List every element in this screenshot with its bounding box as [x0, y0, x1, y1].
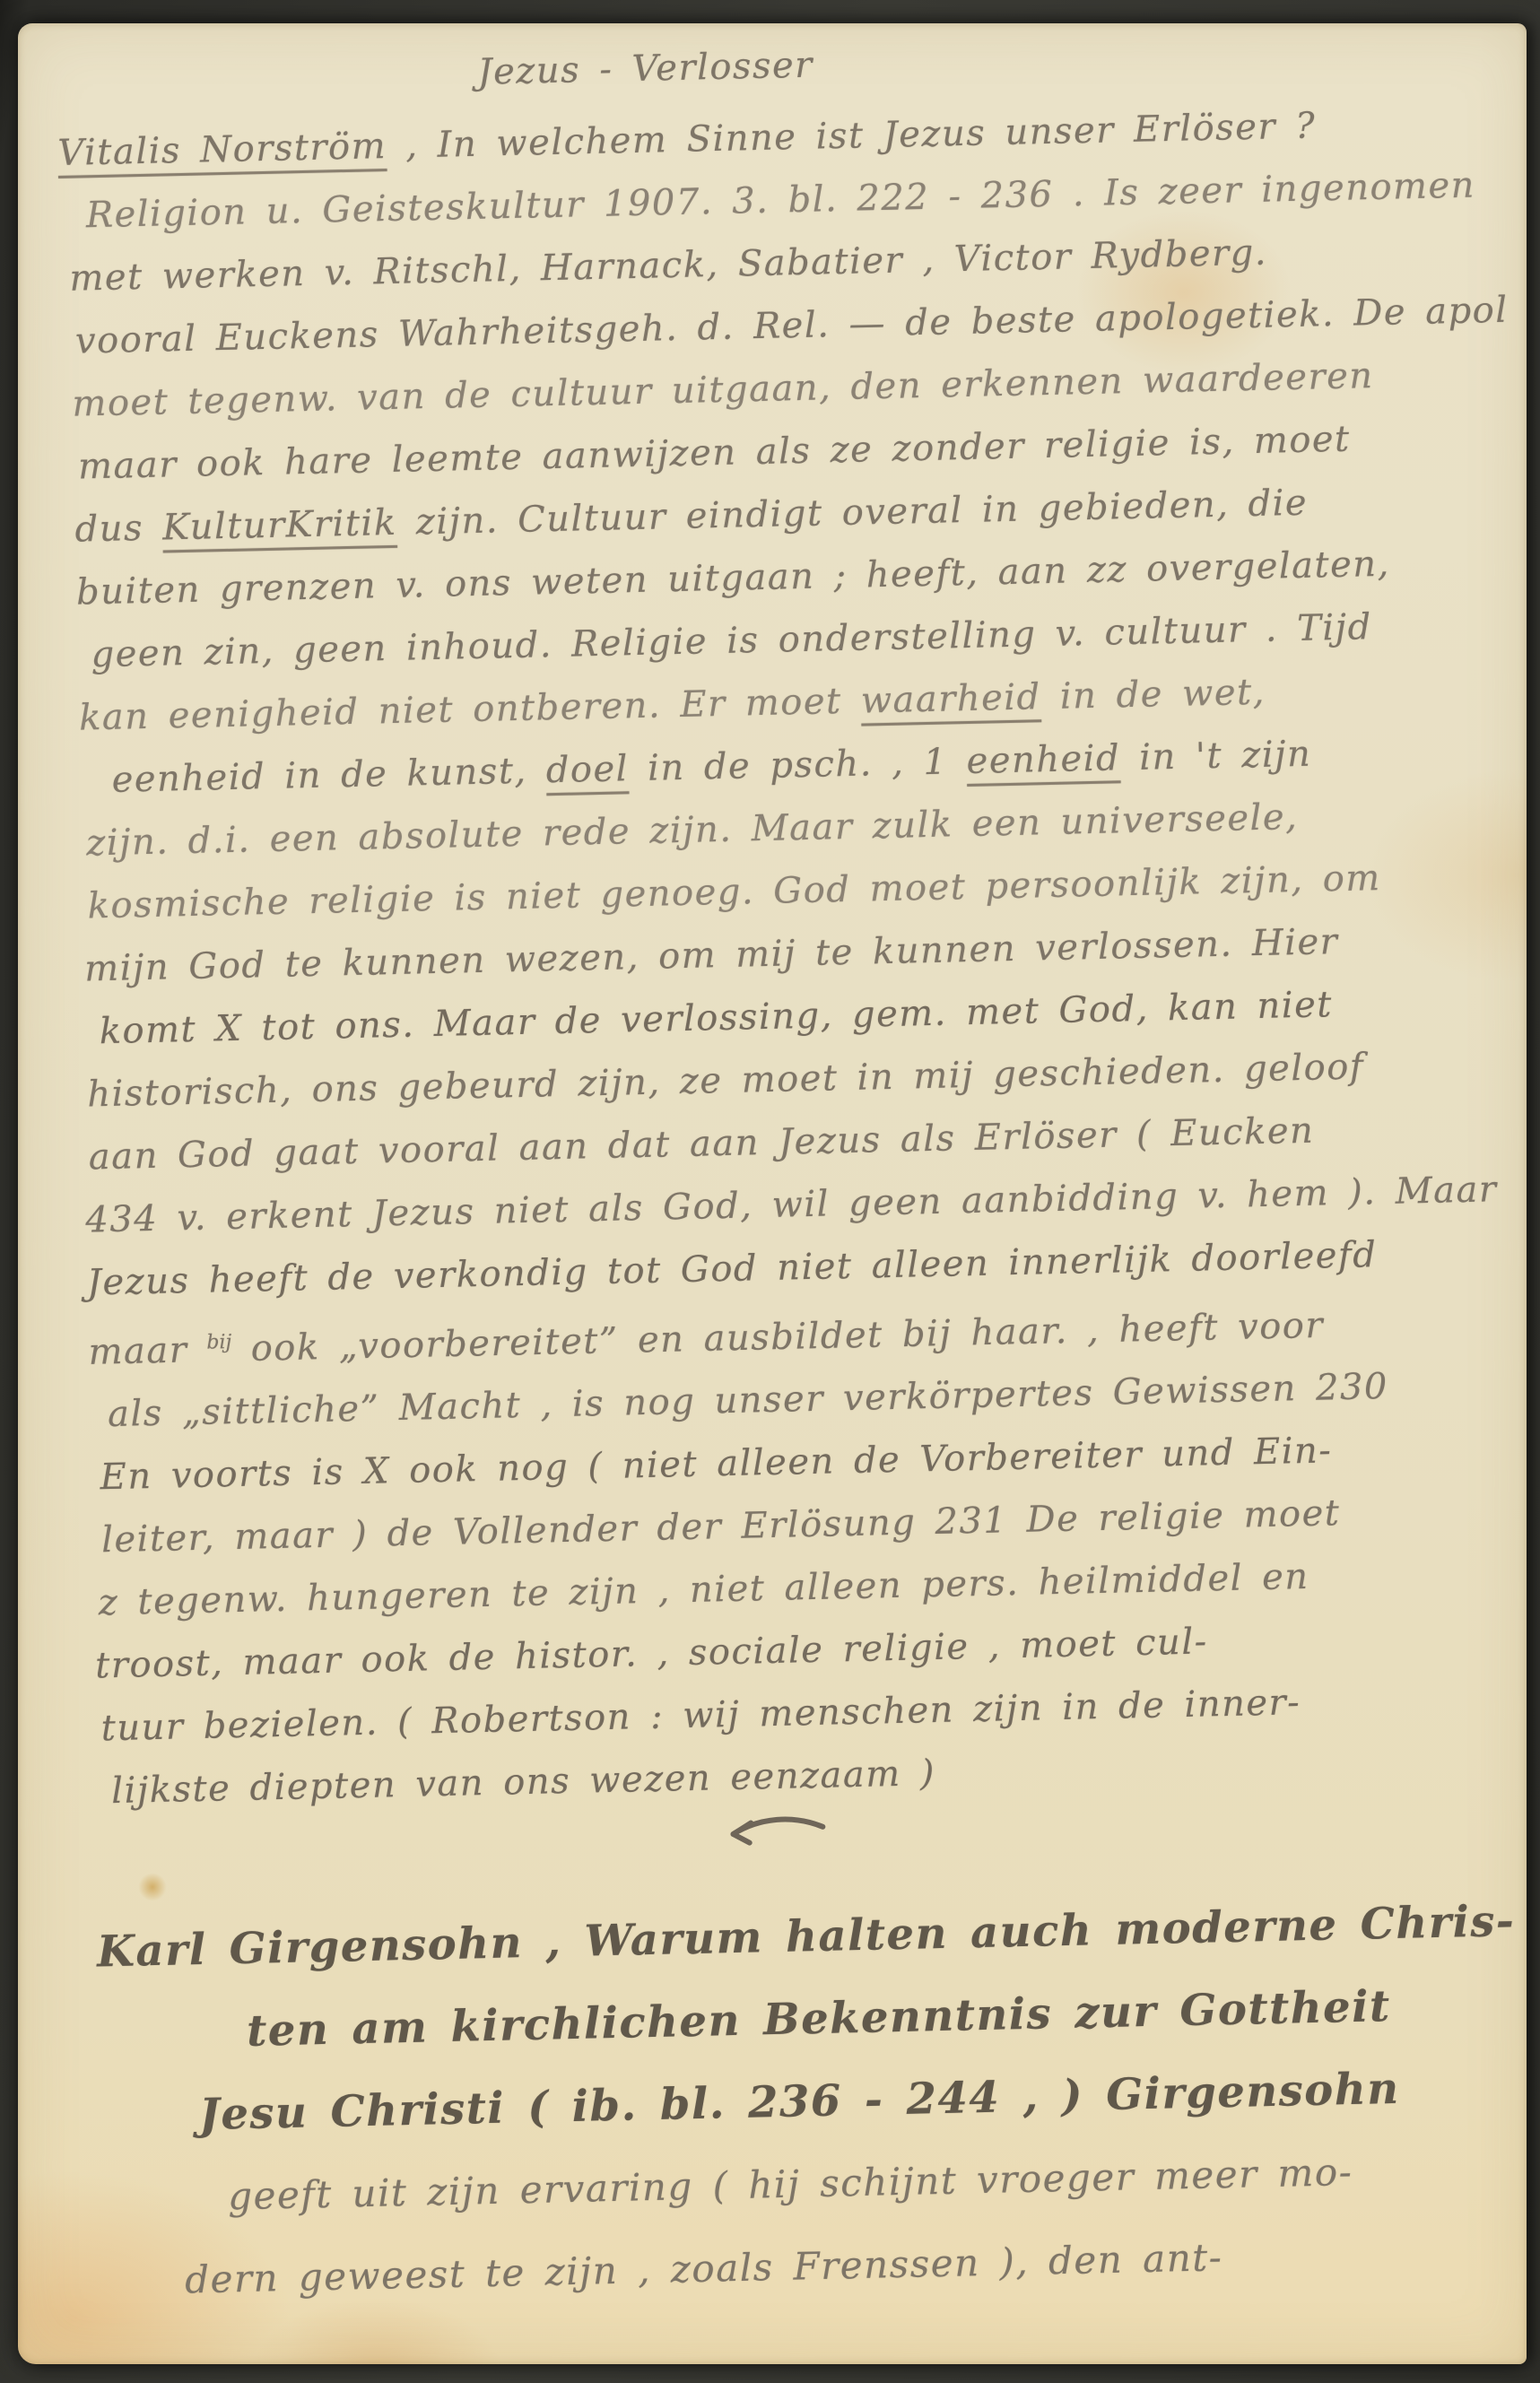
- page-heading: Jezus - Verlosser: [477, 22, 1504, 100]
- paragraph-norstrom: Vitalis Norström , In welchem Sinne ist …: [57, 91, 1540, 1823]
- manuscript-page: Jezus - Verlosser Vitalis Norström , In …: [18, 23, 1527, 2364]
- left-curve-arrow-icon: [722, 1797, 1540, 1878]
- scan-background: Jezus - Verlosser Vitalis Norström , In …: [0, 0, 1540, 2383]
- paragraph-girgensohn: Karl Girgensohn , Warum halten auch mode…: [96, 1880, 1540, 2324]
- handwriting-layer: Jezus - Verlosser Vitalis Norström , In …: [56, 22, 1540, 2324]
